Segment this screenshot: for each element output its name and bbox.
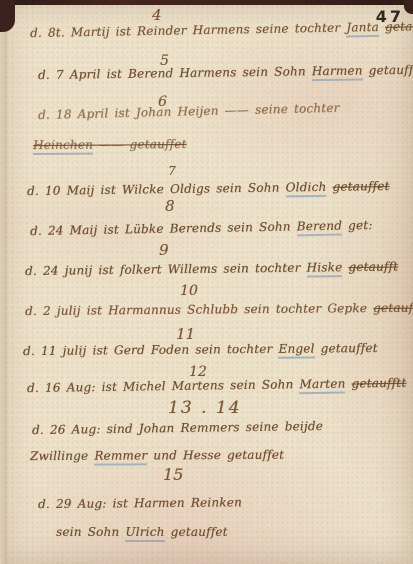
baptized-name: Ulrich — [125, 525, 164, 542]
entry-text: getauffet — [129, 137, 186, 151]
entry-line: d. 8t. Martij ist Reinder Harmens seine … — [30, 19, 413, 40]
entry-text: get: — [342, 218, 373, 233]
entry-text: Zwillinge — [30, 449, 94, 463]
entry-text: d. 18 April ist Johan Heijen —— seine to… — [38, 101, 340, 122]
entry-text: d. 26 Aug: sind Johan Remmers seine beij… — [32, 419, 323, 437]
entry-line: d. 24 Maij ist Lübke Berends sein Sohn B… — [30, 218, 373, 238]
entry-number: 7 — [168, 164, 176, 178]
entry-text: d. 16 Aug: ist Michel Martens sein Sohn — [27, 377, 300, 395]
entry-number: 10 — [180, 283, 198, 299]
entry-text: d. 10 Maij ist Wilcke Oldigs sein Sohn — [27, 180, 286, 198]
entry-line: d. 18 April ist Johan Heijen —— seine to… — [38, 101, 340, 122]
entry-text: d. 11 julij ist Gerd Foden sein tochter — [23, 342, 279, 358]
page-edge-top — [0, 0, 413, 5]
baptized-name: Heinchen — [33, 138, 93, 155]
manuscript-page: 47 4d. 8t. Martij ist Reinder Harmens se… — [0, 0, 413, 564]
entry-text: d. 29 Aug: ist Harmen Reinken — [38, 495, 242, 511]
baptized-name: Hiske — [306, 260, 342, 277]
entry-text: und Hesse getauffet — [147, 448, 284, 463]
entry-text: d. 7 April ist Berend Harmens sein Sohn — [38, 64, 312, 82]
entry-text: getaufftt — [351, 376, 406, 391]
entry-text: getauffet — [165, 525, 228, 539]
entry-line: Zwillinge Remmer und Hesse getauffet — [30, 448, 284, 463]
entry-number: 4 — [152, 6, 162, 24]
entry-text: d. 24 Maij ist Lübke Berends sein Sohn — [30, 219, 297, 238]
entry-text: d. 8t. Martij ist Reinder Harmens seine … — [30, 20, 346, 40]
entry-text: sein Sohn — [56, 525, 125, 539]
page-corner-top-right — [404, 0, 413, 14]
entry-number: 13 . 14 — [168, 398, 241, 418]
entry-line: sein Sohn Ulrich getauffet — [56, 525, 228, 539]
entry-text: —— — [93, 137, 130, 151]
entry-text: d. 24 junij ist folkert Willems sein toc… — [25, 261, 307, 278]
entry-line: d. 10 Maij ist Wilcke Oldigs sein Sohn O… — [27, 179, 390, 198]
entry-text: getauffet — [314, 341, 377, 356]
entry-text: getauffet — [332, 179, 389, 194]
entry-text: d. 2 julij ist Harmannus Schlubb sein to… — [25, 301, 373, 318]
entry-line: d. 29 Aug: ist Harmen Reinken — [38, 495, 242, 511]
entry-line: d. 2 julij ist Harmannus Schlubb sein to… — [25, 301, 413, 318]
entry-number: 8 — [165, 197, 175, 215]
baptized-name: Janta — [346, 20, 379, 38]
page-corner-top-left — [0, 0, 15, 32]
entry-number: 15 — [163, 465, 183, 484]
entry-line: d. 16 Aug: ist Michel Martens sein Sohn … — [27, 376, 406, 395]
entry-text: getaufft — [373, 301, 413, 315]
baptized-name: Berend — [297, 219, 343, 237]
entry-line: d. 24 junij ist folkert Willems sein toc… — [25, 259, 398, 278]
entry-number: 11 — [176, 325, 195, 343]
baptized-name: Engel — [278, 341, 314, 358]
baptized-name: Oldich — [285, 180, 326, 198]
entry-line: Heinchen —— getauffet — [33, 137, 187, 152]
manuscript-scan: 47 4d. 8t. Martij ist Reinder Harmens se… — [0, 0, 413, 564]
entry-text: getaufft — [362, 63, 413, 78]
page-edge-left — [0, 0, 7, 564]
entry-text: getaufft — [348, 259, 398, 274]
entry-number: 9 — [159, 241, 169, 259]
entry-line: d. 7 April ist Berend Harmens sein Sohn … — [38, 63, 413, 82]
baptized-name: Marten — [299, 377, 345, 395]
entry-text: getauffet — [385, 19, 413, 34]
entry-line: d. 11 julij ist Gerd Foden sein tochter … — [23, 341, 378, 358]
entry-line: d. 26 Aug: sind Johan Remmers seine beij… — [32, 419, 323, 437]
baptized-name: Harmen — [312, 63, 363, 81]
baptized-name: Remmer — [94, 448, 147, 465]
